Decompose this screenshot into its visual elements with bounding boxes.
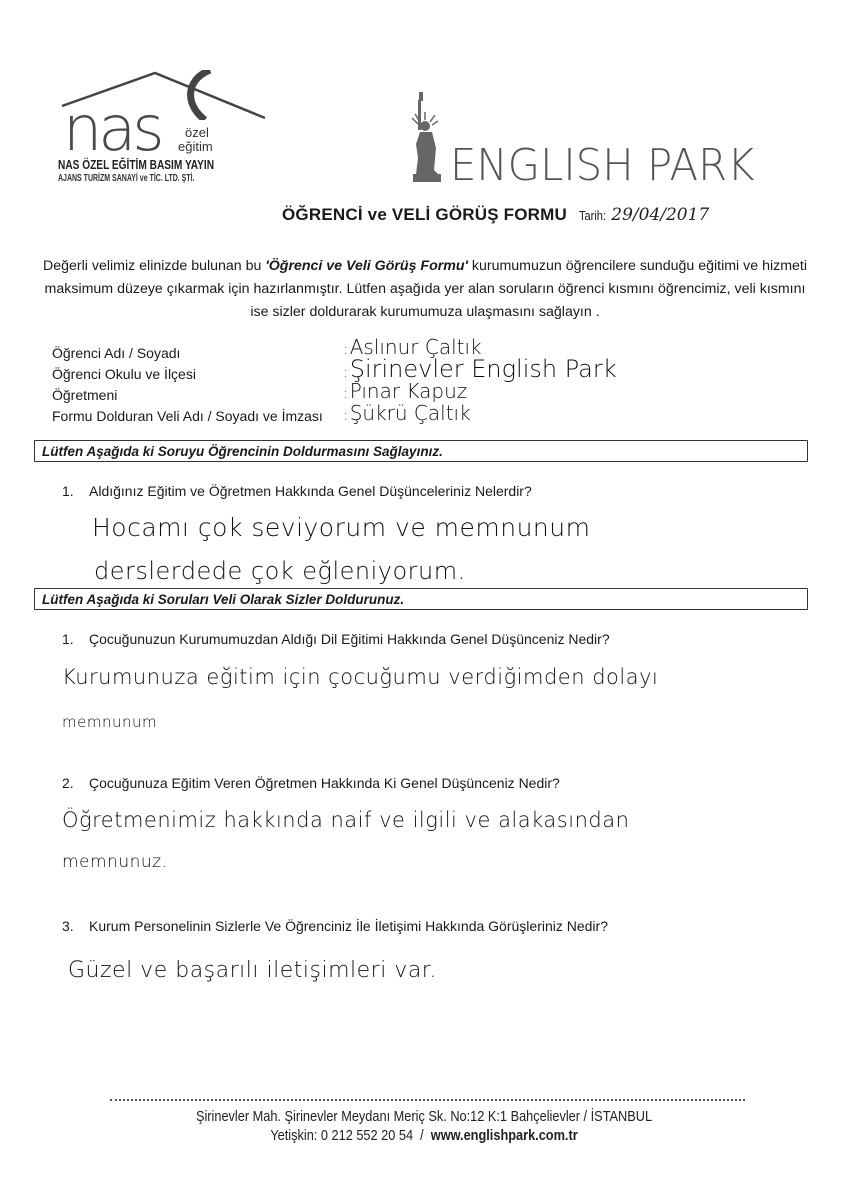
student-name-label: Öğrenci Adı / Soyadı xyxy=(52,343,323,364)
nas-company-sub: AJANS TURİZM SANAYİ ve TİC. LTD. ŞTİ. xyxy=(58,173,195,184)
intro-paragraph: Değerli velimiz elinizde bulunan bu 'Öğr… xyxy=(40,255,810,324)
student-school-label: Öğrenci Okulu ve İlçesi xyxy=(52,364,323,385)
form-title-row: ÖĞRENCİ ve VELİ GÖRÜŞ FORMU Tarih:29/04/… xyxy=(282,205,709,225)
question-text: Kurum Personelinin Sizlerle Ve Öğrencini… xyxy=(89,918,608,934)
english-park-logo: ENGLISH PARK xyxy=(410,88,770,188)
parent-name-signature-label: Formu Dolduran Veli Adı / Soyadı ve İmza… xyxy=(52,406,323,427)
footer-phone: Yetişkin: 0 212 552 20 54 / xyxy=(270,1127,430,1144)
parent-section-heading: Lütfen Aşağıda ki Soruları Veli Olarak S… xyxy=(34,588,808,610)
intro-text-1: Değerli velimiz elinizde bulunan bu xyxy=(43,258,265,274)
parent-question-3: 3.Kurum Personelinin Sizlerle Ve Öğrenci… xyxy=(62,918,608,934)
parent-name-signature-field[interactable]: Şükrü Çaltık xyxy=(350,401,471,425)
teacher-field[interactable]: Pınar Kapuz xyxy=(350,379,468,403)
student-answer-1-line-1[interactable]: Hocamı çok seviyorum ve memnunum xyxy=(92,513,590,542)
nas-logo-mark: nas xyxy=(63,98,161,160)
nas-logo: nas özel eğitim NAS ÖZEL EĞİTİM BASIM YA… xyxy=(58,70,298,190)
parent-answer-3-line-1[interactable]: Güzel ve başarılı iletişimleri var. xyxy=(68,958,437,983)
question-number: 1. xyxy=(62,631,89,647)
teacher-label: Öğretmeni xyxy=(52,385,323,406)
date-value[interactable]: 29/04/2017 xyxy=(611,205,709,225)
parent-answer-1-line-1[interactable]: Kurumunuza eğitim için çocuğumu verdiğim… xyxy=(62,665,658,689)
footer-address: Şirinevler Mah. Şirinevler Meydanı Meriç… xyxy=(64,1108,785,1125)
parent-question-2: 2.Çocuğunuza Eğitim Veren Öğretmen Hakkı… xyxy=(62,775,560,791)
parent-answer-2-line-2[interactable]: memnunuz. xyxy=(62,852,168,872)
statue-of-liberty-icon xyxy=(410,88,450,188)
question-text: Çocuğunuzun Kurumumuzdan Aldığı Dil Eğit… xyxy=(89,631,610,647)
info-values: :Aslınur Çaltık :Şirinevler English Park… xyxy=(343,336,617,424)
footer-website-link[interactable]: www.englishpark.com.tr xyxy=(431,1127,578,1144)
nas-company-name: NAS ÖZEL EĞİTİM BASIM YAYIN xyxy=(58,157,214,172)
nas-logo-tagline-1: özel xyxy=(185,126,209,139)
date-label: Tarih: xyxy=(579,208,606,223)
parent-answer-1-line-2[interactable]: memnunum xyxy=(62,713,157,731)
footer-contact: Yetişkin: 0 212 552 20 54 / www.englishp… xyxy=(64,1127,785,1144)
footer-divider xyxy=(110,1099,745,1101)
info-labels: Öğrenci Adı / Soyadı Öğrenci Okulu ve İl… xyxy=(52,343,323,427)
student-question-1: 1.Aldığınız Eğitim ve Öğretmen Hakkında … xyxy=(62,483,532,499)
nas-logo-tagline-2: eğitim xyxy=(178,140,213,153)
student-answer-1-line-2[interactable]: derslerdede çok eğleniyorum. xyxy=(94,557,466,585)
question-number: 1. xyxy=(62,483,89,499)
intro-form-name: 'Öğrenci ve Veli Görüş Formu' xyxy=(265,258,468,274)
form-title: ÖĞRENCİ ve VELİ GÖRÜŞ FORMU xyxy=(282,205,567,224)
student-section-heading: Lütfen Aşağıda ki Soruyu Öğrencinin Dold… xyxy=(34,440,808,462)
english-park-wordmark: ENGLISH PARK xyxy=(450,140,755,191)
parent-question-1: 1.Çocuğunuzun Kurumumuzdan Aldığı Dil Eğ… xyxy=(62,631,610,647)
question-number: 3. xyxy=(62,918,89,934)
question-text: Çocuğunuza Eğitim Veren Öğretmen Hakkınd… xyxy=(89,775,560,791)
question-number: 2. xyxy=(62,775,89,791)
question-text: Aldığınız Eğitim ve Öğretmen Hakkında Ge… xyxy=(89,483,532,499)
parent-answer-2-line-1[interactable]: Öğretmenimiz hakkında naif ve ilgili ve … xyxy=(62,808,629,832)
